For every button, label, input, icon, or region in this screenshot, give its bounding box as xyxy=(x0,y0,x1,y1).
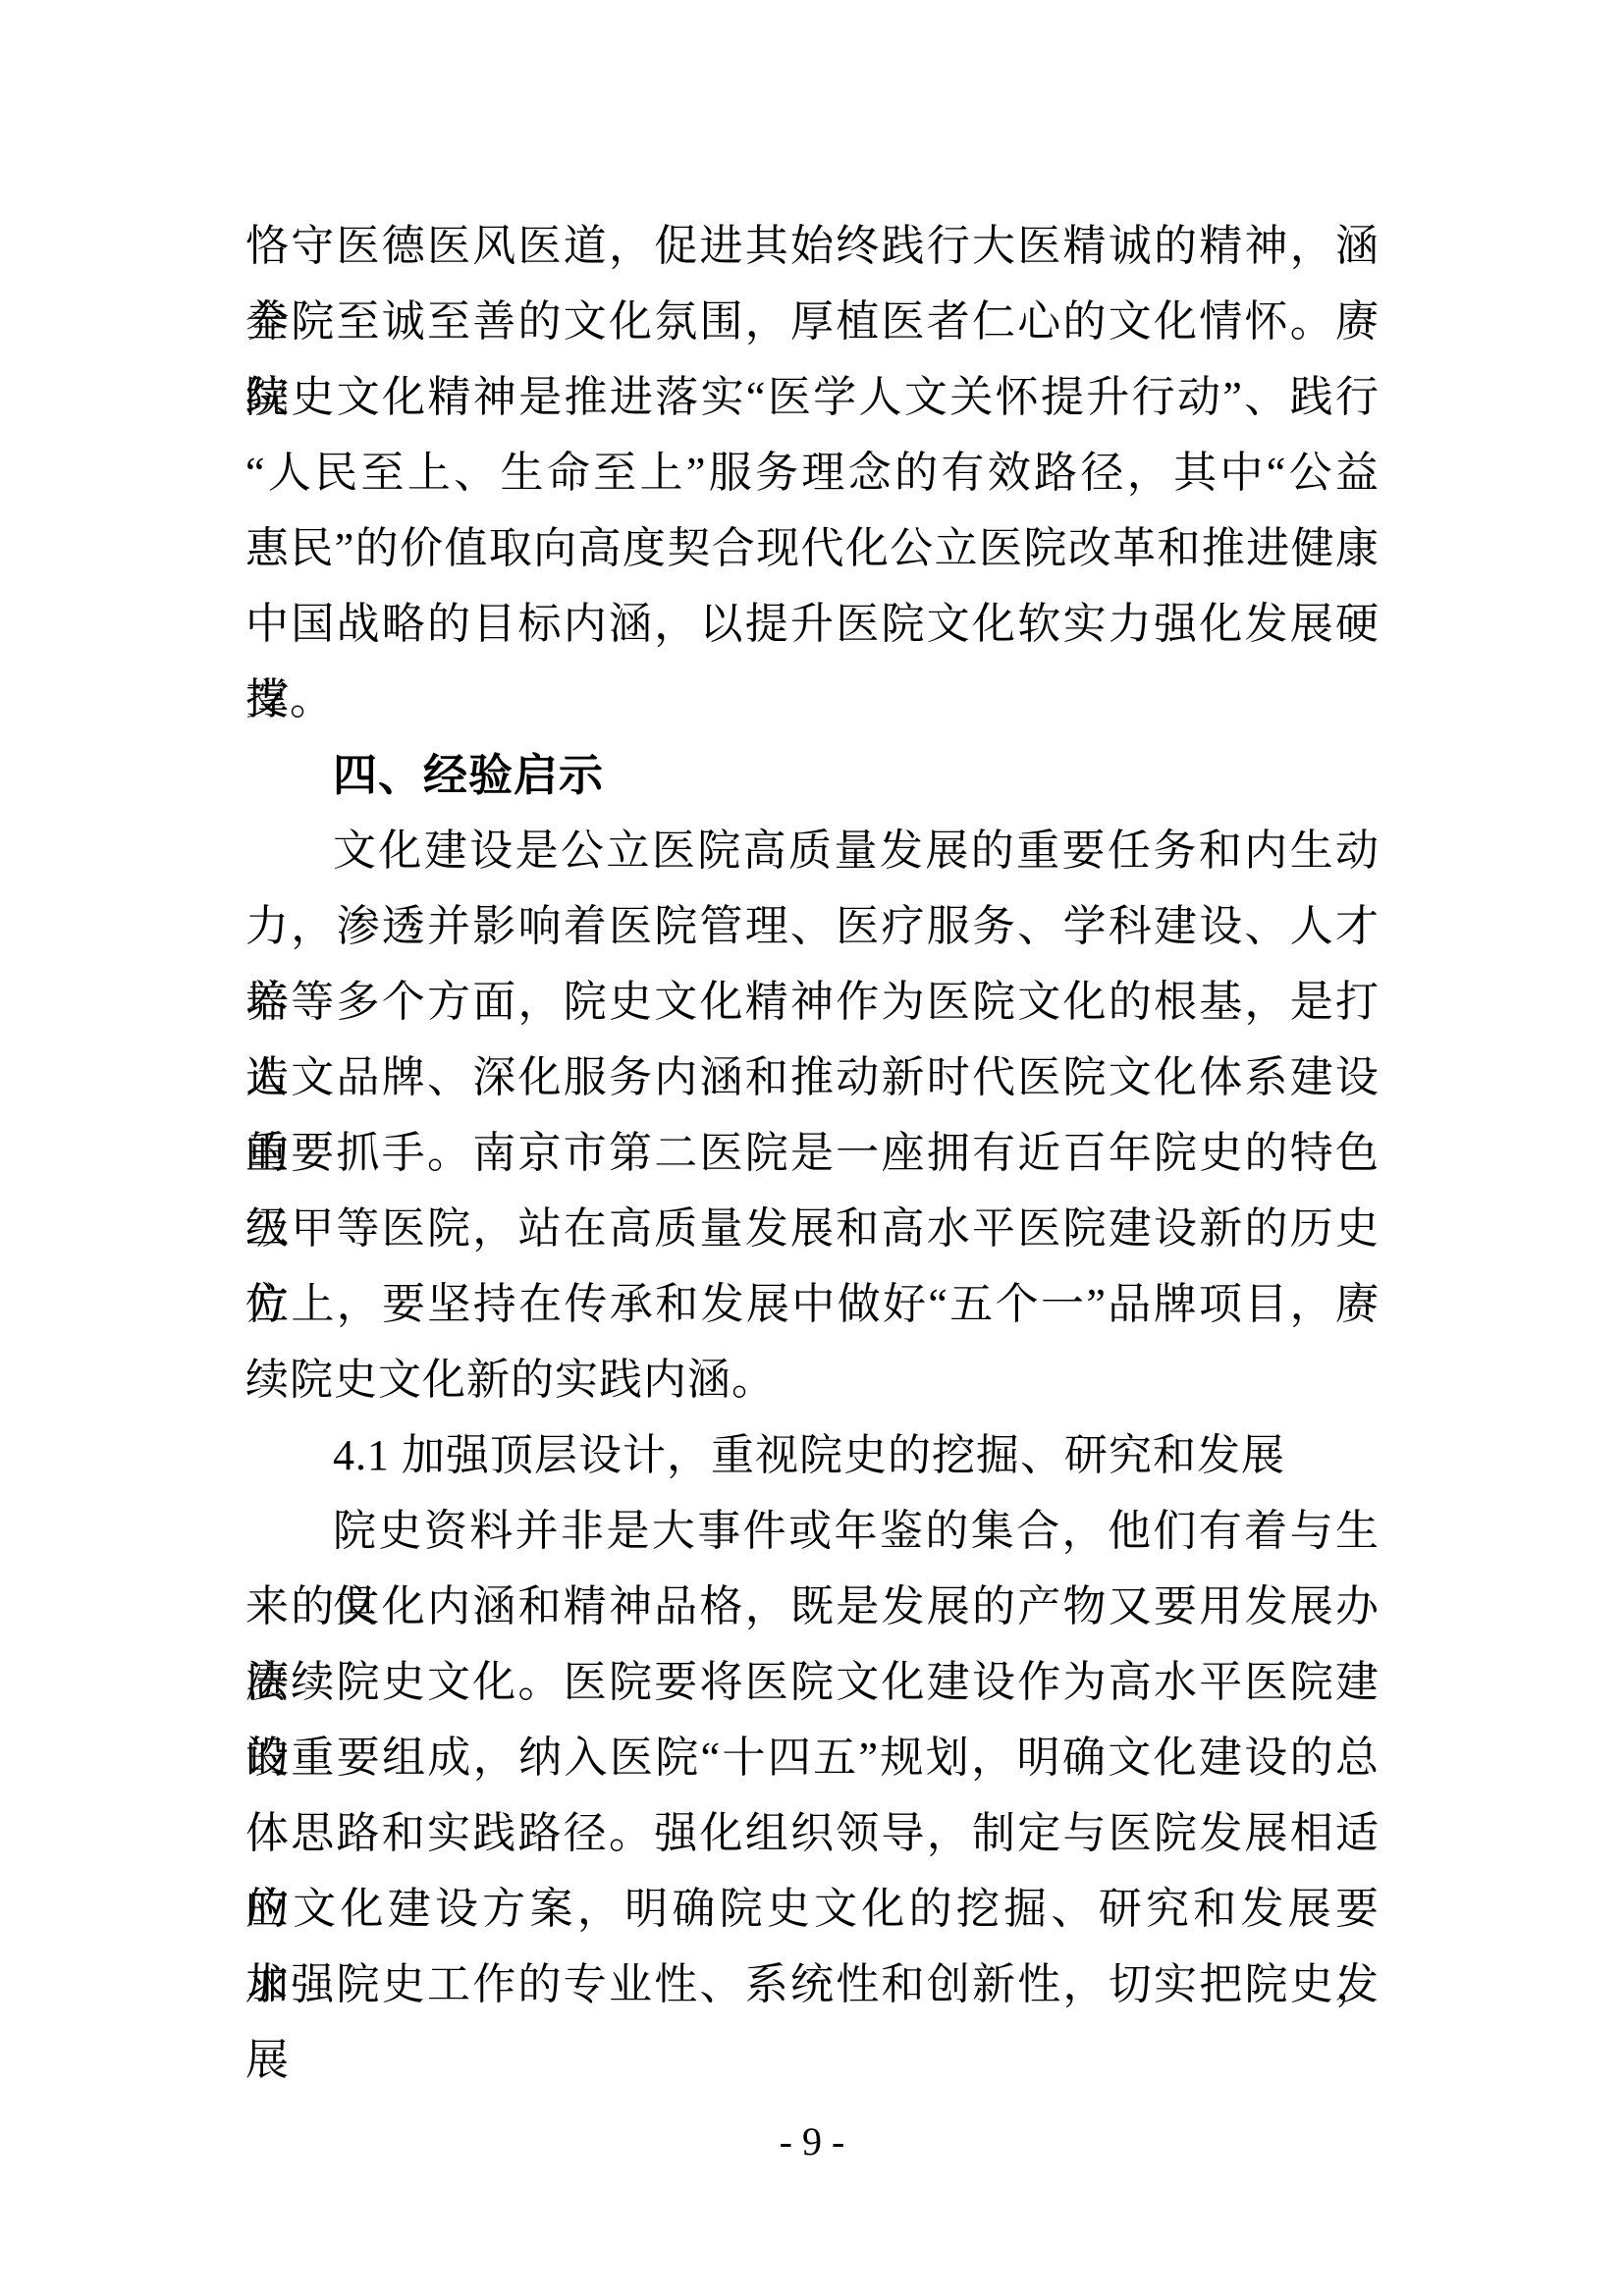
body-line: 级甲等医院，站在高质量发展和高水平医院建设新的历史方 xyxy=(245,1191,1380,1266)
paragraph-1: 恪守医德医风医道，促进其始终践行大医精诚的精神，涵养 全院至诚至善的文化氛围，厚… xyxy=(245,208,1380,737)
paragraph-3: 院史资料并非是大事件或年鉴的集合，他们有着与生俱 来的文化内涵和精神品格，既是发… xyxy=(245,1493,1380,2022)
text-block: 恪守医德医风医道，促进其始终践行大医精诚的精神，涵养 全院至诚至善的文化氛围，厚… xyxy=(245,208,1380,2022)
body-line: 院史资料并非是大事件或年鉴的集合，他们有着与生俱 xyxy=(245,1493,1380,1569)
subsection-heading: 4.1 加强顶层设计，重视院史的挖掘、研究和发展 xyxy=(245,1417,1380,1493)
body-line: 的重要组成，纳入医院“十四五”规划，明确文化建设的总 xyxy=(245,1720,1380,1795)
page-number: - 9 - xyxy=(0,2118,1624,2164)
paragraph-2: 文化建设是公立医院高质量发展的重要任务和内生动 力，渗透并影响着医院管理、医疗服… xyxy=(245,813,1380,1417)
body-line: 中国战略的目标内涵，以提升医院文化软实力强化发展硬支 xyxy=(245,586,1380,662)
body-line: 赓续院史文化。医院要将医院文化建设作为高水平医院建设 xyxy=(245,1644,1380,1720)
body-line: 惠民”的价值取向高度契合现代化公立医院改革和推进健康 xyxy=(245,510,1380,586)
body-line: 文化建设是公立医院高质量发展的重要任务和内生动 xyxy=(245,813,1380,888)
body-line: 院史文化精神是推进落实“医学人文关怀提升行动”、践行 xyxy=(245,359,1380,435)
body-line: 人文品牌、深化服务内涵和推动新时代医院文化体系建设的 xyxy=(245,1040,1380,1115)
body-line: 恪守医德医风医道，促进其始终践行大医精诚的精神，涵养 xyxy=(245,208,1380,284)
document-page: 恪守医德医风医道，促进其始终践行大医精诚的精神，涵养 全院至诚至善的文化氛围，厚… xyxy=(0,0,1624,2296)
body-line: 位上，要坚持在传承和发展中做好“五个一”品牌项目，赓 xyxy=(245,1266,1380,1342)
body-line: “人民至上、生命至上”服务理念的有效路径，其中“公益 xyxy=(245,435,1380,510)
body-line: 撑。 xyxy=(245,662,1380,737)
body-line: 体思路和实践路径。强化组织领导，制定与医院发展相适应 xyxy=(245,1795,1380,1871)
section-heading: 四、经验启示 xyxy=(245,737,1380,813)
body-line: 力，渗透并影响着医院管理、医疗服务、学科建设、人才培 xyxy=(245,888,1380,964)
body-line: 加强院史工作的专业性、系统性和创新性，切实把院史发展 xyxy=(245,1947,1380,2022)
body-line: 续院史文化新的实践内涵。 xyxy=(245,1342,1380,1417)
body-line: 重要抓手。南京市第二医院是一座拥有近百年院史的特色三 xyxy=(245,1115,1380,1191)
body-line: 养等多个方面，院史文化精神作为医院文化的根基，是打造 xyxy=(245,964,1380,1040)
body-line: 全院至诚至善的文化氛围，厚植医者仁心的文化情怀。赓续 xyxy=(245,284,1380,359)
body-line: 来的文化内涵和精神品格，既是发展的产物又要用发展办法 xyxy=(245,1569,1380,1644)
body-line: 的文化建设方案，明确院史文化的挖掘、研究和发展要求， xyxy=(245,1871,1380,1947)
